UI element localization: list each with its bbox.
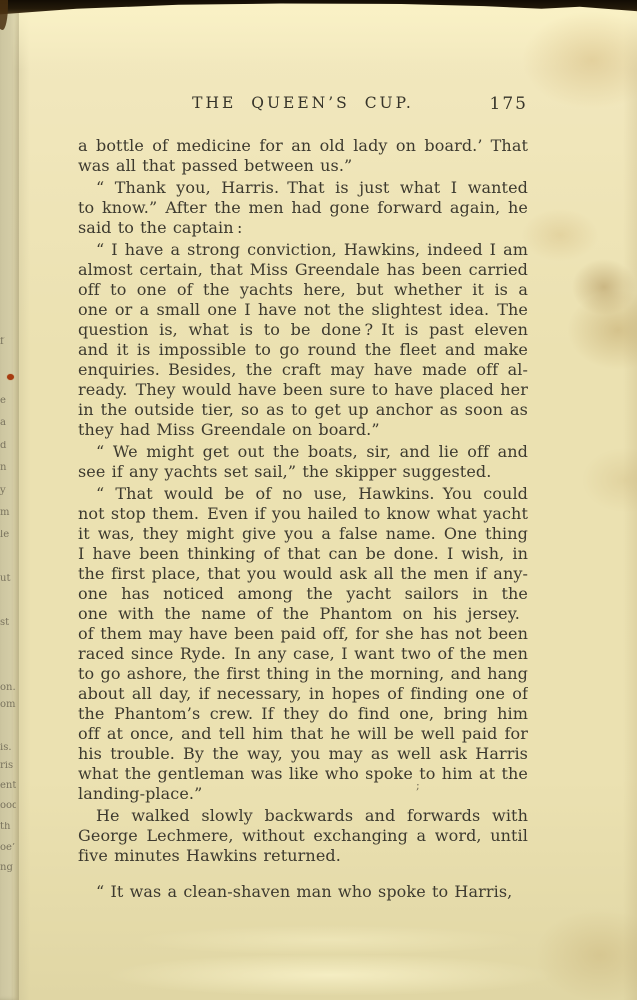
text-line: said to the captain : (78, 218, 528, 238)
page-number: 175 (490, 94, 528, 114)
text-line: off at once, and tell him that he will b… (78, 724, 528, 744)
edge-text-fragment: n (0, 463, 16, 473)
page-content: THE QUEEN’S CUP. 175 a bottle of medicin… (78, 94, 528, 902)
text-line: it was, they might give you a false name… (78, 524, 528, 544)
text-line: landing-place.” (78, 784, 528, 804)
edge-text-fragment: ut (0, 574, 16, 584)
text-line: in the outside tier, so as to get up anc… (78, 400, 528, 420)
text-line: off to one of the yachts here, but wheth… (78, 280, 528, 300)
page-body: a bottle of medicine for an old lady on … (78, 136, 528, 902)
text-line: to know.” After the men had gone forward… (78, 198, 528, 218)
edge-text-fragment: oe’ (0, 843, 16, 853)
paragraph: a bottle of medicine for an old lady on … (78, 136, 528, 176)
text-line: “ We might get out the boats, sir, and l… (78, 442, 528, 462)
text-line: question is, what is to be done ? It is … (78, 320, 528, 340)
edge-text-fragment: th (0, 822, 16, 832)
paragraph: “ I have a strong conviction, Hawkins, i… (78, 240, 528, 440)
paragraph: He walked slowly backwards and forwards … (78, 806, 528, 866)
edge-text-fragment: ood (0, 801, 16, 811)
page-header: THE QUEEN’S CUP. 175 (78, 94, 528, 116)
edge-text-fragment: ris (0, 761, 16, 771)
paragraph: “ That would be of no use, Hawkins. You … (78, 484, 528, 804)
text-line: ready. They would have been sure to have… (78, 380, 528, 400)
text-line: his trouble. By the way, you may as well… (78, 744, 528, 764)
facing-page-edge: feadnymleutston.omis.risentoodthoe’ng (0, 0, 19, 1000)
running-head-title: THE QUEEN’S CUP. (78, 94, 528, 112)
edge-text-fragment: ng (0, 863, 16, 873)
text-line: George Lechmere, without exchanging a wo… (78, 826, 528, 846)
text-line: to go ashore, the first thing in the mor… (78, 664, 528, 684)
edge-text-fragment: le (0, 530, 16, 540)
edge-text-fragment: e (0, 396, 16, 406)
edge-text-fragment: is. (0, 743, 16, 753)
text-line: about all day, if necessary, in hopes of… (78, 684, 528, 704)
text-line: one or a small one I have not the slight… (78, 300, 528, 320)
edge-text-fragment: st (0, 618, 16, 628)
paragraph: “ It was a clean-shaven man who spoke to… (78, 882, 528, 902)
text-line: “ Thank you, Harris. That is just what I… (78, 178, 528, 198)
text-line: a bottle of medicine for an old lady on … (78, 136, 528, 156)
text-line: “ It was a clean-shaven man who spoke to… (78, 882, 528, 902)
red-ink-spot (7, 374, 14, 380)
edge-text-fragment: f (0, 337, 16, 347)
text-line: five minutes Hawkins returned. (78, 846, 528, 866)
text-line: not stop them. Even if you hailed to kno… (78, 504, 528, 524)
paragraph: “ Thank you, Harris. That is just what I… (78, 178, 528, 238)
edge-text-fragment: m (0, 508, 16, 518)
edge-text-fragment: ent (0, 781, 16, 791)
edge-text-fragment: y (0, 486, 16, 496)
paragraph: “ We might get out the boats, sir, and l… (78, 442, 528, 482)
edge-text-fragment: om (0, 700, 16, 710)
edge-text-fragment: a (0, 418, 16, 428)
text-line: was all that passed between us.” (78, 156, 528, 176)
text-line: of them may have been paid off, for she … (78, 624, 528, 644)
text-line: He walked slowly backwards and forwards … (78, 806, 528, 826)
text-line: enquiries. Besides, the craft may have m… (78, 360, 528, 380)
text-line: see if any yachts set sail,” the skipper… (78, 462, 528, 482)
text-line: I have been thinking of that can be done… (78, 544, 528, 564)
text-line: and it is impossible to go round the fle… (78, 340, 528, 360)
edge-text-fragment: on. (0, 683, 16, 693)
text-line: “ That would be of no use, Hawkins. You … (78, 484, 528, 504)
text-line: almost certain, that Miss Greendale has … (78, 260, 528, 280)
text-line: the first place, that you would ask all … (78, 564, 528, 584)
book-top-edge (0, 0, 637, 16)
edge-text-fragment: d (0, 441, 16, 451)
text-line: they had Miss Greendale on board.” (78, 420, 528, 440)
text-line: what the gentleman was like who spoke to… (78, 764, 528, 784)
text-line: raced since Ryde. In any case, I want tw… (78, 644, 528, 664)
book-page-scan: feadnymleutston.omis.risentoodthoe’ng ; … (0, 0, 637, 1000)
text-line: the Phantom’s crew. If they do find one,… (78, 704, 528, 724)
text-line: “ I have a strong conviction, Hawkins, i… (78, 240, 528, 260)
text-line: one has noticed among the yacht sailors … (78, 584, 528, 604)
text-line: one with the name of the Phantom on his … (78, 604, 528, 624)
